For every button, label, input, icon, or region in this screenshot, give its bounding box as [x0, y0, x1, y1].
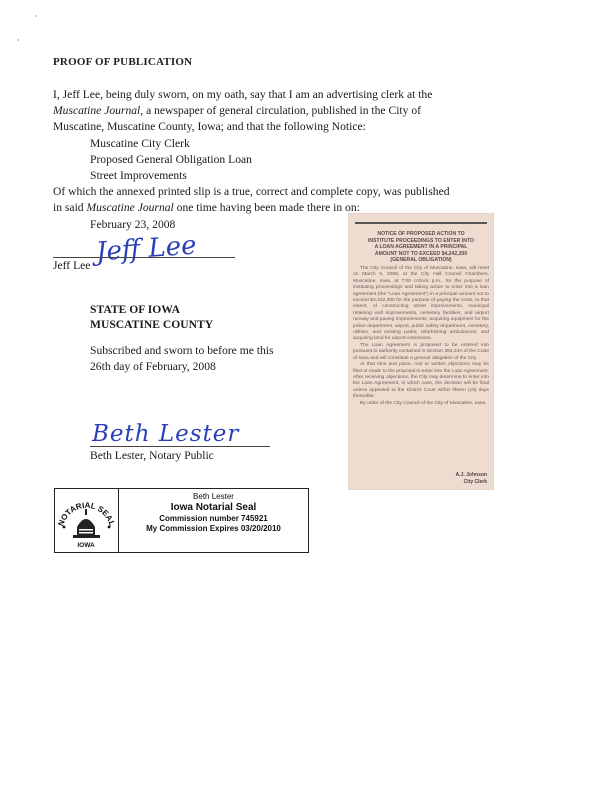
newspaper-clipping: NOTICE OF PROPOSED ACTION TO INSTITUTE P…: [349, 214, 493, 489]
notice-item: Muscatine City Clerk: [53, 136, 493, 152]
headline-line: AMOUNT NOT TO EXCEED $4,242,200: [353, 251, 489, 258]
venue: STATE OF IOWA MUSCATINE COUNTY: [90, 302, 213, 332]
venue-county: MUSCATINE COUNTY: [90, 317, 213, 332]
affidavit-text: I, Jeff Lee, being duly sworn, on my oat…: [53, 87, 493, 233]
notary-signature: Beth Lester: [92, 421, 239, 447]
page-title: PROOF OF PUBLICATION: [53, 56, 192, 68]
newspaper-name: Muscatine Journal: [87, 201, 174, 214]
headline-line: A LOAN AGREEMENT IN A PRINCIPAL: [353, 244, 489, 251]
clipping-paragraph: By order of the City Council of the City…: [353, 401, 489, 407]
clipping-paragraph: The City Council of the City of Muscatin…: [353, 266, 489, 343]
signature-line: [53, 257, 235, 258]
affidavit-line: Muscatine, Muscatine County, Iowa; and t…: [53, 119, 493, 135]
clipping-body: The City Council of the City of Muscatin…: [353, 266, 489, 407]
clipping-signature: A.J. Johnson City Clerk: [456, 472, 487, 485]
affiant-name: Jeff Lee: [53, 259, 90, 272]
affidavit-text-fragment: , a newspaper of general circulation, pu…: [140, 104, 421, 117]
jurat-line: Subscribed and sworn to before me this: [90, 343, 274, 359]
commission-expiry: My Commission Expires 03/20/2010: [119, 524, 308, 534]
affidavit-text-fragment: in said: [53, 201, 87, 214]
clipping-signer: A.J. Johnson: [456, 472, 487, 479]
affidavit-line: I, Jeff Lee, being duly sworn, on my oat…: [53, 87, 493, 103]
scan-speck: [17, 39, 19, 41]
notice-item: Street Improvements: [53, 168, 493, 184]
notary-name: Beth Lester, Notary Public: [90, 449, 214, 462]
headline-line: NOTICE OF PROPOSED ACTION TO: [353, 231, 489, 238]
headline-line: INSTITUTE PROCEEDINGS TO ENTER INTO: [353, 238, 489, 245]
clipping-paragraph: At that time and place, oral or written …: [353, 362, 489, 400]
seal-title: Iowa Notarial Seal: [119, 502, 308, 514]
jurat-date: 26th day of February, 2008: [90, 359, 274, 375]
clipping-headline: NOTICE OF PROPOSED ACTION TO INSTITUTE P…: [353, 231, 489, 264]
signature-line: [90, 446, 270, 447]
svg-text:IOWA: IOWA: [77, 542, 95, 549]
notarial-seal: NOTARIAL SEAL IOWA Beth Lester Iowa Nota…: [54, 488, 309, 553]
commission-number: Commission number 745921: [119, 514, 308, 524]
notice-item: Proposed General Obligation Loan: [53, 152, 493, 168]
clipping-rule: [355, 222, 487, 224]
seal-details: Beth Lester Iowa Notarial Seal Commissio…: [119, 489, 308, 552]
capitol-seal-icon: NOTARIAL SEAL IOWA: [55, 489, 119, 552]
jurat: Subscribed and sworn to before me this 2…: [90, 343, 274, 375]
affidavit-line: Muscatine Journal, a newspaper of genera…: [53, 103, 493, 119]
venue-state: STATE OF IOWA: [90, 302, 213, 317]
affidavit-text-fragment: one time having been made there in on:: [174, 201, 360, 214]
clipping-signer-title: City Clerk: [456, 479, 487, 486]
scan-speck: [35, 15, 37, 17]
affiant-signature: Jeff Lee: [95, 231, 197, 268]
newspaper-name: Muscatine Journal: [53, 104, 140, 117]
seal-notary-name: Beth Lester: [119, 492, 308, 502]
headline-line: (GENERAL OBLIGATION): [353, 257, 489, 264]
affidavit-line: Of which the annexed printed slip is a t…: [53, 184, 493, 200]
clipping-paragraph: The Loan Agreement is proposed to be ent…: [353, 343, 489, 362]
